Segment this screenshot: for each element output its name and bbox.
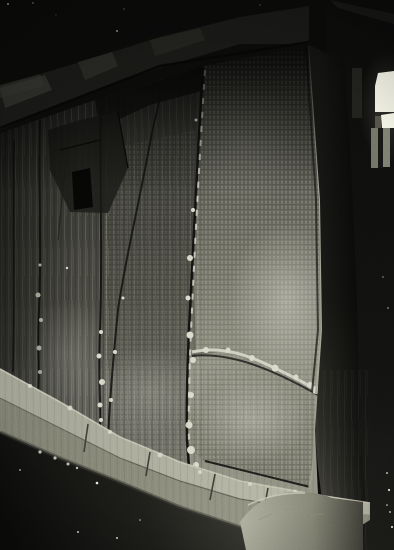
photo-canvas: Black-and-white photograph of a tall wal… <box>0 0 394 550</box>
vignette <box>0 0 394 550</box>
photograph: Black-and-white photograph of a tall wal… <box>0 0 394 550</box>
